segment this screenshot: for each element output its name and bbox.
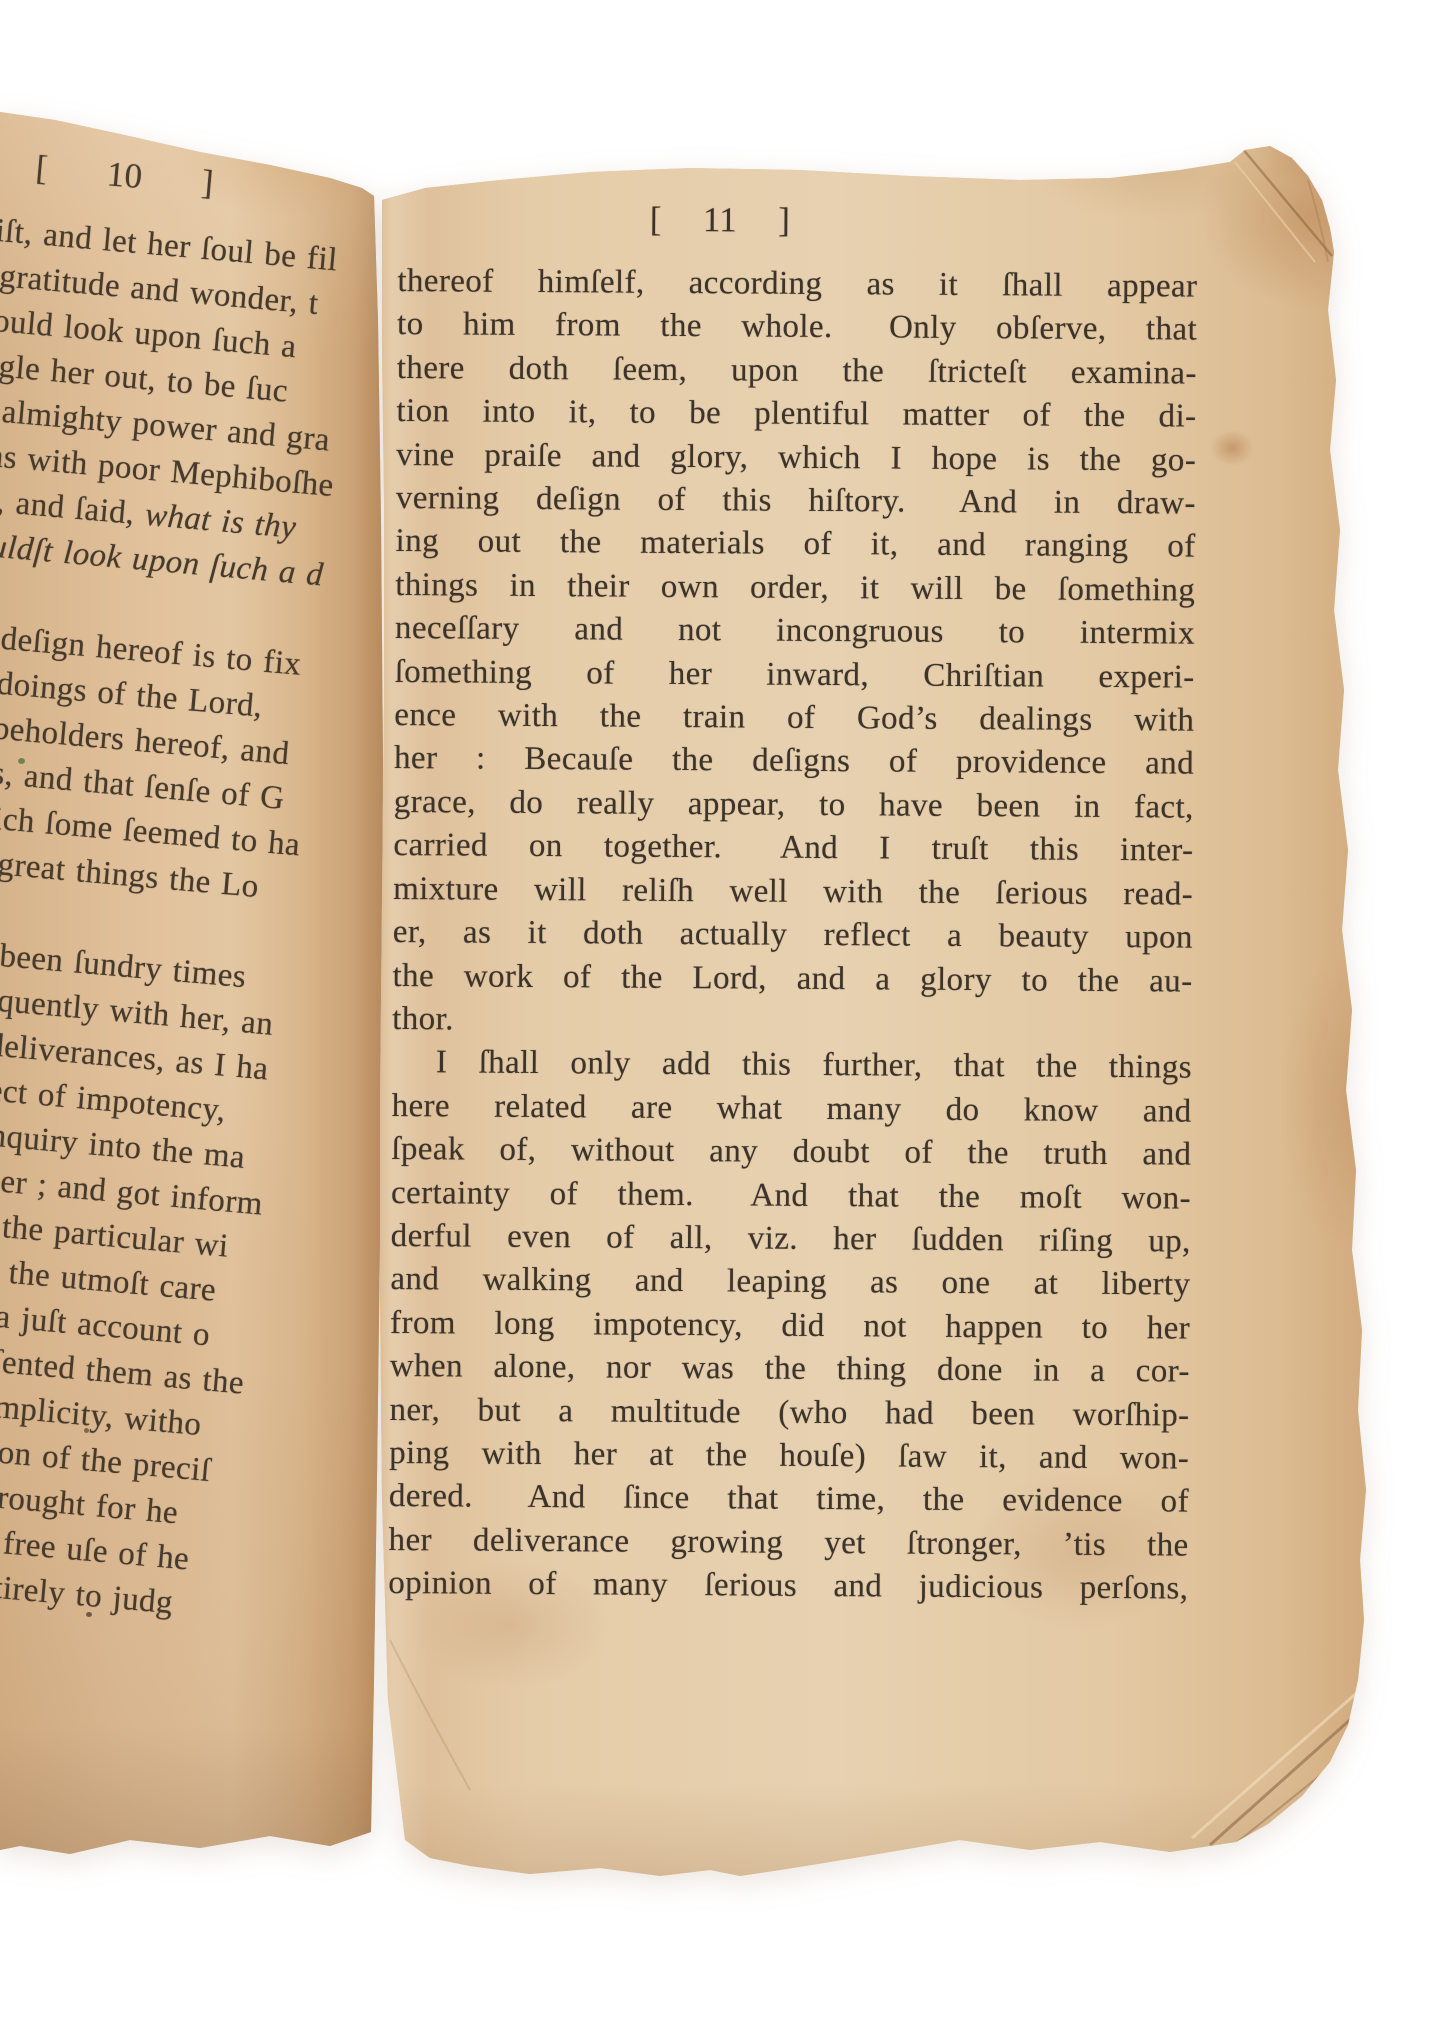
text-line: ping with her at the houſe) ſaw it, and … [389,1432,1189,1481]
left-bracket-close: ] [200,161,215,206]
text-line: when alone, nor was the thing done in a … [390,1345,1190,1394]
text-line: grace, do really appear, to have been in… [394,781,1194,830]
left-page-number: 10 [105,152,144,199]
paper-speck [86,1612,92,1617]
right-bracket-close: ] [778,199,790,243]
text-line: opinion of many ſerious and judicious pe… [388,1562,1188,1611]
text-line: the work of the Lord, and a glory to the… [392,954,1192,1003]
text-line: and walking and leaping as one at libert… [390,1258,1190,1307]
text-line: to him from the whole. Only obſerve, tha… [397,303,1197,352]
text-line: thereof himſelf, according as it ſhall a… [397,260,1197,309]
left-bracket-open: [ [34,146,49,191]
text-line: ence with the train of God’s dealings wi… [394,694,1194,743]
text-line: from long impotency, did not happen to h… [390,1302,1190,1351]
text-line: here related are what many do know and [391,1085,1191,1134]
text-line: there doth ſeem, upon the ſtricteſt exam… [397,347,1197,396]
open-book: [ 10 ] riſt, and let her ſoul be fil, gr… [0,0,1445,2023]
text-line: I ſhall only add this further, that the … [392,1041,1192,1090]
text-line: ing out the materials of it, and ranging… [395,520,1195,569]
right-page-number: 11 [703,198,737,242]
text-line: derful even of all, viz. her ſudden riſi… [391,1215,1191,1264]
text-line: verning deſign of this hiſtory. And in d… [396,477,1196,526]
right-lines: thereof himſelf, according as it ſhall a… [388,260,1197,1611]
text-line: vine praiſe and glory, which I hope is t… [396,434,1196,483]
text-line: neceſſary and not incongruous to intermi… [395,607,1195,656]
book-photo: [ 10 ] riſt, and let her ſoul be fil, gr… [0,0,1445,2023]
right-page-content: [ 11 ] thereof himſelf, according as it … [388,196,1198,1611]
paper-speck [18,758,25,764]
text-segment: what is thy [144,497,298,546]
text-line: ner, but a multitude (who had been worſh… [389,1389,1189,1438]
right-page: [ 11 ] thereof himſelf, according as it … [330,0,1445,1980]
paper-speck [84,1428,89,1433]
text-line: thor. [392,998,1192,1047]
text-line: ſpeak of, without any doubt of the truth… [391,1128,1191,1177]
text-line: tion into it, to be plentiful matter of … [396,390,1196,439]
text-line: her deliverance growing yet ſtronger, ’t… [388,1519,1188,1568]
left-page: [ 10 ] riſt, and let her ſoul be fil, gr… [0,0,420,1960]
right-page-header: [ 11 ] [650,198,790,243]
text-line: things in their own order, it will be ſo… [395,564,1195,613]
left-page-header: [ 10 ] [34,146,215,205]
text-line: certainty of them. And that the moſt won… [391,1172,1191,1221]
text-line: carried on together. And I truſt this in… [393,824,1193,873]
text-line: mixture will reliſh well with the ſeriou… [393,868,1193,917]
right-bracket-open: [ [650,198,662,242]
text-line: her : Becauſe the deſigns of providence … [394,737,1194,786]
text-line: dered. And ſince that time, the evidence… [389,1475,1189,1524]
text-line: er, as it doth actually reflect a beauty… [393,911,1193,960]
text-line: ſomething of her inward, Chriſtian exper… [395,651,1195,700]
